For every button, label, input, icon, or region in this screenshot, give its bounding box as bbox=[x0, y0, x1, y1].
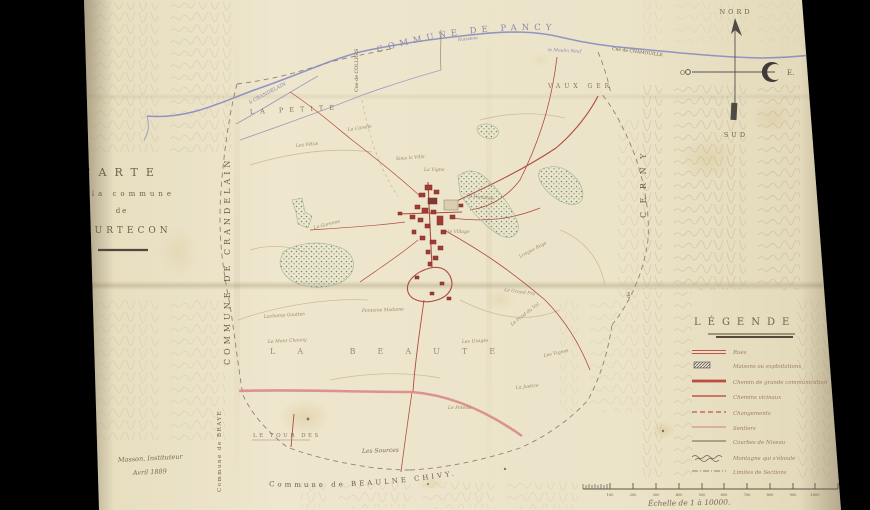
building bbox=[425, 224, 430, 228]
large-building bbox=[444, 200, 458, 210]
field-label: La Vigne bbox=[423, 167, 445, 173]
building bbox=[428, 262, 432, 266]
region-label: VAUX GER bbox=[547, 83, 613, 90]
building bbox=[418, 218, 423, 222]
legend-label: Chemin de grande communication bbox=[733, 380, 828, 386]
svg-text:400: 400 bbox=[676, 493, 684, 497]
building bbox=[428, 198, 437, 204]
legend-label: Montagne qui s'éboule bbox=[732, 455, 795, 462]
svg-text:1000: 1000 bbox=[810, 493, 820, 497]
map-subtitle-1: de la commune bbox=[69, 190, 175, 198]
map-commune-name: COURTECON bbox=[72, 226, 171, 236]
svg-text:900: 900 bbox=[790, 493, 798, 497]
building bbox=[422, 208, 428, 213]
region-label: LE TOUR DES bbox=[253, 433, 321, 439]
building bbox=[459, 204, 463, 207]
historic-map-scan: CARTE de la commune de COURTECON NORD SU… bbox=[0, 0, 870, 510]
legend-label: Maisons ou exploitations bbox=[732, 364, 801, 370]
building bbox=[420, 236, 425, 240]
fold-crease-vertical-1 bbox=[234, 0, 240, 510]
svg-text:200: 200 bbox=[630, 493, 638, 497]
svg-text:600: 600 bbox=[721, 493, 729, 497]
legend-title: LÉGENDE bbox=[694, 316, 796, 328]
svg-text:100: 100 bbox=[607, 493, 615, 497]
legend-label: Changements bbox=[733, 411, 771, 417]
fold-crease-vertical-2 bbox=[486, 0, 492, 510]
compass-north-label: NORD bbox=[719, 8, 752, 16]
scale-caption: Échelle de 1 à 10000. bbox=[647, 498, 731, 508]
map-title: CARTE bbox=[82, 166, 162, 179]
building bbox=[437, 216, 443, 225]
svg-text:500: 500 bbox=[699, 493, 707, 497]
commune-cerny-de-label: de bbox=[626, 292, 632, 298]
building bbox=[430, 240, 436, 244]
commune-colligis-label: Cne de COLLIGIS bbox=[354, 49, 360, 92]
building bbox=[434, 190, 439, 194]
commune-braye-label: Commune de BRAYE bbox=[217, 410, 223, 492]
building bbox=[415, 205, 420, 209]
building bbox=[419, 193, 425, 197]
legend-label: Chemins vicinaux bbox=[733, 395, 781, 401]
commune-crandelain-label: COMMUNE DE CRANDELAIN bbox=[223, 157, 232, 365]
building bbox=[430, 292, 434, 295]
compass-east-label: E. bbox=[787, 69, 794, 77]
commune-cerny-label: C E R N Y bbox=[639, 151, 648, 218]
legend-label: Courbes de Niveau bbox=[733, 440, 786, 446]
legend-label: Sentiers bbox=[733, 426, 756, 432]
field-label: Le Poteau bbox=[447, 405, 471, 411]
building bbox=[425, 185, 432, 190]
compass-west-label: O bbox=[680, 70, 685, 77]
map-subtitle-2: de bbox=[116, 207, 129, 215]
building bbox=[398, 212, 402, 215]
building bbox=[426, 250, 430, 254]
field-label: le Village bbox=[448, 229, 470, 235]
building bbox=[441, 230, 446, 234]
region-label: LA BEAUTE bbox=[270, 347, 517, 356]
building bbox=[450, 215, 455, 219]
svg-text:300: 300 bbox=[653, 493, 661, 497]
building bbox=[412, 230, 416, 234]
building bbox=[431, 210, 436, 214]
region-label: Les Sources bbox=[361, 447, 399, 455]
compass-plumb-icon bbox=[730, 103, 737, 120]
building bbox=[410, 215, 415, 219]
legend-label: Rues bbox=[732, 350, 747, 356]
building bbox=[440, 282, 444, 285]
building bbox=[438, 246, 443, 250]
svg-text:700: 700 bbox=[744, 493, 752, 497]
building bbox=[433, 256, 438, 260]
svg-text:800: 800 bbox=[767, 493, 775, 497]
compass-south-label: SUD bbox=[724, 131, 748, 139]
legend-label: Limites de Sections bbox=[732, 470, 787, 476]
building bbox=[447, 297, 451, 300]
building bbox=[415, 276, 419, 279]
